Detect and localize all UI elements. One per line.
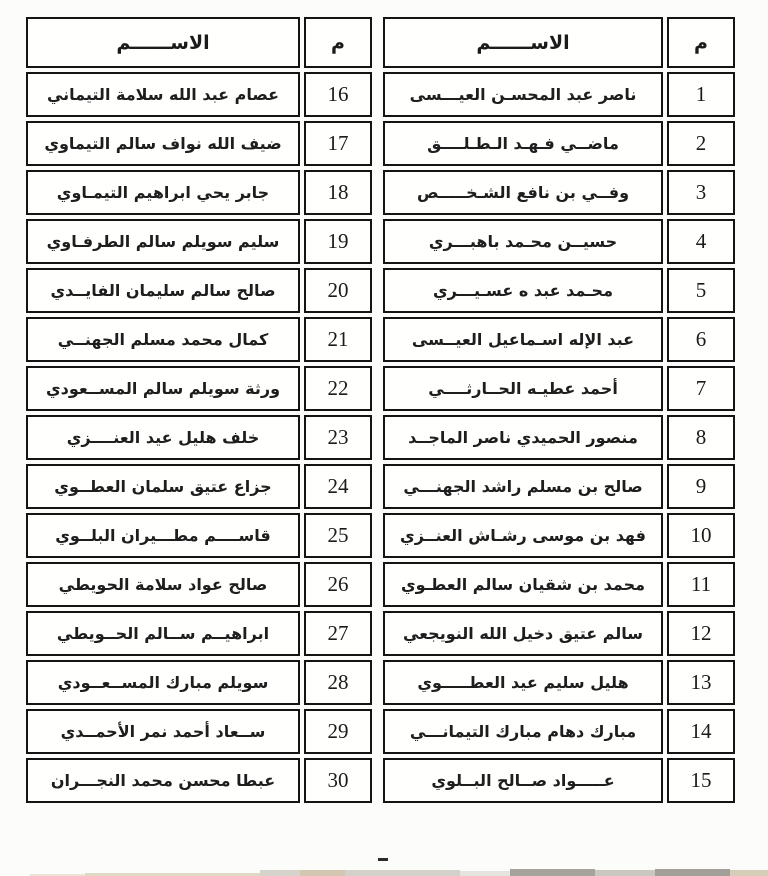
row-name: عصام عبد الله سلامة التيماني: [26, 72, 300, 117]
table-row: 4حسيــن محـمد باهبـــري: [383, 219, 735, 264]
table-row: 20صالح سالم سليمان الفايــدي: [26, 268, 372, 313]
row-number: 17: [304, 121, 372, 166]
row-name: عبد الإله اسـماعيل العيــسى: [383, 317, 663, 362]
row-number: 14: [667, 709, 735, 754]
row-number: 8: [667, 415, 735, 460]
row-number: 16: [304, 72, 372, 117]
header-row: م الاســــــم: [26, 17, 372, 68]
table-body: 16عصام عبد الله سلامة التيماني17ضيف الله…: [26, 72, 372, 803]
row-name: هليل سليم عيد العطـــــوي: [383, 660, 663, 705]
row-number: 1: [667, 72, 735, 117]
row-number: 5: [667, 268, 735, 313]
row-name: ابراهيــم ســالم الحــويطي: [26, 611, 300, 656]
row-number: 3: [667, 170, 735, 215]
row-name: ورثة سويلم سالم المســعودي: [26, 366, 300, 411]
row-name: عـــــواد صــالح البــلوي: [383, 758, 663, 803]
table-row: 7أحمد عطيـه الحــارثــــي: [383, 366, 735, 411]
table-row: 23خلف هليل عيد العنــــزي: [26, 415, 372, 460]
row-number: 21: [304, 317, 372, 362]
row-number: 9: [667, 464, 735, 509]
row-number: 11: [667, 562, 735, 607]
table-row: 3وفــي بن نافع الشـخـــــص: [383, 170, 735, 215]
scan-artifact: [345, 870, 460, 876]
row-number: 10: [667, 513, 735, 558]
column-header-number: م: [304, 17, 372, 68]
table-row: 14مبارك دهام مبارك التيمانـــي: [383, 709, 735, 754]
table-row: 18جابر يحي ابراهيم التيمـاوي: [26, 170, 372, 215]
table-row: 8منصور الحميدي ناصر الماجــد: [383, 415, 735, 460]
scan-artifact: [655, 869, 730, 876]
row-name: محـمد عبد ه عسـيـــري: [383, 268, 663, 313]
table-header: م الاســــــم: [383, 17, 735, 68]
row-number: 7: [667, 366, 735, 411]
column-header-number: م: [667, 17, 735, 68]
row-name: حسيــن محـمد باهبـــري: [383, 219, 663, 264]
row-number: 23: [304, 415, 372, 460]
table-row: 19سليم سويلم سالم الطرفـاوي: [26, 219, 372, 264]
table-row: 28سويلم مبارك المســعــودي: [26, 660, 372, 705]
row-number: 22: [304, 366, 372, 411]
row-name: ســعاد أحمد نمر الأحمــدي: [26, 709, 300, 754]
row-name: كمال محمد مسلم الجهنــي: [26, 317, 300, 362]
table-row: 17ضيف الله نواف سالم التيماوي: [26, 121, 372, 166]
roster-table-16-30: م الاســــــم 16عصام عبد الله سلامة التي…: [22, 13, 376, 807]
row-number: 26: [304, 562, 372, 607]
table-row: 29ســعاد أحمد نمر الأحمــدي: [26, 709, 372, 754]
row-name: سالم عتيق دخيل الله النويجعي: [383, 611, 663, 656]
table-row: 21كمال محمد مسلم الجهنــي: [26, 317, 372, 362]
table-header: م الاســــــم: [26, 17, 372, 68]
scanned-document-page: { "tables": [ { "side": "right", "header…: [0, 0, 768, 876]
table-row: 22ورثة سويلم سالم المســعودي: [26, 366, 372, 411]
row-name: عبطا محسن محمد النجـــران: [26, 758, 300, 803]
table-row: 24جزاع عتيق سلمان العطــوي: [26, 464, 372, 509]
table-body: 1ناصر عبد المحسـن العيـــسى2ماضــي فـهـد…: [383, 72, 735, 803]
table-row: 2ماضــي فـهـد الـطـلــــق: [383, 121, 735, 166]
column-header-name: الاســــــم: [383, 17, 663, 68]
scan-artifact: [510, 869, 595, 876]
row-name: سليم سويلم سالم الطرفـاوي: [26, 219, 300, 264]
row-name: صالح سالم سليمان الفايــدي: [26, 268, 300, 313]
row-name: صالح عواد سلامة الحويطي: [26, 562, 300, 607]
row-number: 2: [667, 121, 735, 166]
header-row: م الاســــــم: [383, 17, 735, 68]
row-name: فهد بن موسى رشـاش العنــزي: [383, 513, 663, 558]
row-name: مبارك دهام مبارك التيمانـــي: [383, 709, 663, 754]
row-number: 19: [304, 219, 372, 264]
row-name: محمد بن شقيان سالم العطـوي: [383, 562, 663, 607]
row-name: جابر يحي ابراهيم التيمـاوي: [26, 170, 300, 215]
scan-artifact: [595, 870, 655, 876]
row-number: 18: [304, 170, 372, 215]
row-number: 27: [304, 611, 372, 656]
roster-table-1-15: م الاســــــم 1ناصر عبد المحسـن العيـــس…: [379, 13, 739, 807]
table-row: 12سالم عتيق دخيل الله النويجعي: [383, 611, 735, 656]
row-number: 6: [667, 317, 735, 362]
roster-tables-container: م الاســــــم 1ناصر عبد المحسـن العيـــس…: [22, 13, 739, 807]
row-name: جزاع عتيق سلمان العطــوي: [26, 464, 300, 509]
row-number: 30: [304, 758, 372, 803]
table-row: 10فهد بن موسى رشـاش العنــزي: [383, 513, 735, 558]
table-row: 1ناصر عبد المحسـن العيـــسى: [383, 72, 735, 117]
scan-artifact: [460, 871, 510, 876]
row-name: ناصر عبد المحسـن العيـــسى: [383, 72, 663, 117]
row-name: منصور الحميدي ناصر الماجــد: [383, 415, 663, 460]
row-number: 13: [667, 660, 735, 705]
table-row: 5محـمد عبد ه عسـيـــري: [383, 268, 735, 313]
scan-artifact: [300, 870, 345, 876]
table-row: 15عـــــواد صــالح البــلوي: [383, 758, 735, 803]
row-number: 4: [667, 219, 735, 264]
table-row: 16عصام عبد الله سلامة التيماني: [26, 72, 372, 117]
row-name: وفــي بن نافع الشـخـــــص: [383, 170, 663, 215]
row-name: ضيف الله نواف سالم التيماوي: [26, 121, 300, 166]
table-row: 27ابراهيــم ســالم الحــويطي: [26, 611, 372, 656]
row-number: 28: [304, 660, 372, 705]
table-row: 25قاســــم مطـــيران البلــوي: [26, 513, 372, 558]
row-name: قاســــم مطـــيران البلــوي: [26, 513, 300, 558]
table-row: 30عبطا محسن محمد النجـــران: [26, 758, 372, 803]
scan-artifact: [730, 870, 768, 876]
row-number: 24: [304, 464, 372, 509]
row-name: ماضــي فـهـد الـطـلــــق: [383, 121, 663, 166]
row-name: سويلم مبارك المســعــودي: [26, 660, 300, 705]
row-number: 20: [304, 268, 372, 313]
row-name: صالح بن مسلم راشد الجهنـــي: [383, 464, 663, 509]
table-row: 11محمد بن شقيان سالم العطـوي: [383, 562, 735, 607]
row-number: 29: [304, 709, 372, 754]
row-number: 12: [667, 611, 735, 656]
scan-artifact-strip: [0, 860, 768, 876]
scan-artifact: [260, 870, 300, 876]
row-name: خلف هليل عيد العنــــزي: [26, 415, 300, 460]
column-header-name: الاســــــم: [26, 17, 300, 68]
table-row: 26صالح عواد سلامة الحويطي: [26, 562, 372, 607]
table-row: 9صالح بن مسلم راشد الجهنـــي: [383, 464, 735, 509]
row-number: 15: [667, 758, 735, 803]
row-number: 25: [304, 513, 372, 558]
table-row: 13هليل سليم عيد العطـــــوي: [383, 660, 735, 705]
table-row: 6عبد الإله اسـماعيل العيــسى: [383, 317, 735, 362]
row-name: أحمد عطيـه الحــارثــــي: [383, 366, 663, 411]
